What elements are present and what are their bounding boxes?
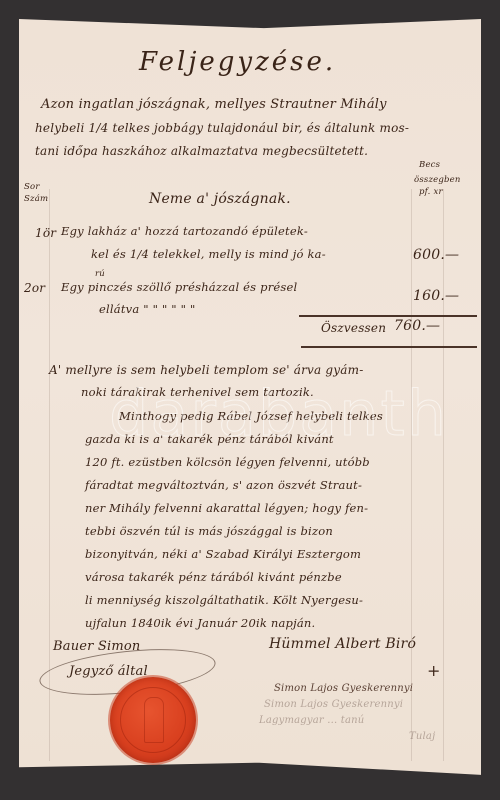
ruling-line-value-right <box>443 189 444 761</box>
row-2-desc-1: Egy pinczés szöllő présházzal és présel <box>61 280 297 294</box>
body-line-7: ner Mihály felvenni akarattal légyen; ho… <box>85 501 368 515</box>
seal-emblem-icon <box>144 697 164 743</box>
body-line-5: 120 ft. ezüstben kölcsön légyen felvenni… <box>85 455 370 469</box>
total-rule-bottom <box>301 346 477 348</box>
signature-faint-2: Simon Lajos Gyeskerennyi <box>264 699 403 710</box>
header-description: Neme a' jószágnak. <box>149 191 291 207</box>
row-2-value: 160.— <box>413 288 459 304</box>
ruling-line-value-left <box>411 189 412 761</box>
document-title: Feljegyzése. <box>139 47 336 77</box>
row-1-number: 1ör <box>35 226 56 240</box>
body-line-9: bizonyitván, néki a' Szabad Királyi Eszt… <box>85 547 361 561</box>
header-row-number-1: Sor <box>24 182 40 192</box>
total-rule-top <box>299 315 477 317</box>
body-line-1: A' mellyre is sem helybeli templom se' á… <box>49 363 363 377</box>
row-2-desc-2: ellátva " " " " " " <box>99 302 195 316</box>
watermark: darabanth <box>109 377 448 450</box>
header-value-3: pf. xr <box>419 187 443 197</box>
row-1-value: 600.— <box>413 247 459 263</box>
signature-faint-3: Lagymagyar ... tanú <box>259 715 364 726</box>
wax-seal <box>110 677 196 763</box>
intro-line-3: tani időpa haszkához alkalmaztatva megbe… <box>35 144 368 158</box>
row-1-desc-2: kel és 1/4 telekkel, melly is mind jó ka… <box>91 247 326 261</box>
total-value: 760.— <box>394 318 440 334</box>
row-1-desc-3: rú <box>95 269 105 279</box>
body-line-8: tebbi öszvén túl is más jószággal is biz… <box>85 524 333 538</box>
row-2-number: 2or <box>24 281 45 295</box>
intro-line-2: helybeli 1/4 telkes jobbágy tulajdonául … <box>35 121 409 135</box>
header-value-1: Becs <box>419 160 440 170</box>
header-row-number-2: Szám <box>24 194 48 204</box>
row-1-desc-1: Egy lakház a' hozzá tartozandó épületek- <box>61 224 308 238</box>
signature-right-main: Hümmel Albert Biró <box>269 636 416 652</box>
signature-cross-mark: + <box>427 661 441 680</box>
signature-faint-4: Tulaj <box>409 731 435 742</box>
total-label: Öszvessen <box>321 321 386 335</box>
signature-left-name: Bauer Simon <box>53 639 141 654</box>
body-line-6: fáradtat megváltoztván, s' azon öszvét S… <box>85 478 362 492</box>
body-line-10: városa takarék pénz tárából kivánt pénzb… <box>85 570 342 584</box>
body-line-11: li menniység kiszolgáltathatik. Költ Nye… <box>85 593 363 607</box>
signature-faint-1: Simon Lajos Gyeskerennyi <box>274 683 413 694</box>
header-value-2: összegben <box>414 175 461 185</box>
intro-line-1: Azon ingatlan jószágnak, mellyes Strautn… <box>41 97 387 112</box>
document-paper: Feljegyzése. Azon ingatlan jószágnak, me… <box>19 19 481 781</box>
body-line-12: ujfalun 1840ik évi Január 20ik napján. <box>85 616 315 630</box>
signature-left-role: Jegyző által <box>69 664 148 679</box>
